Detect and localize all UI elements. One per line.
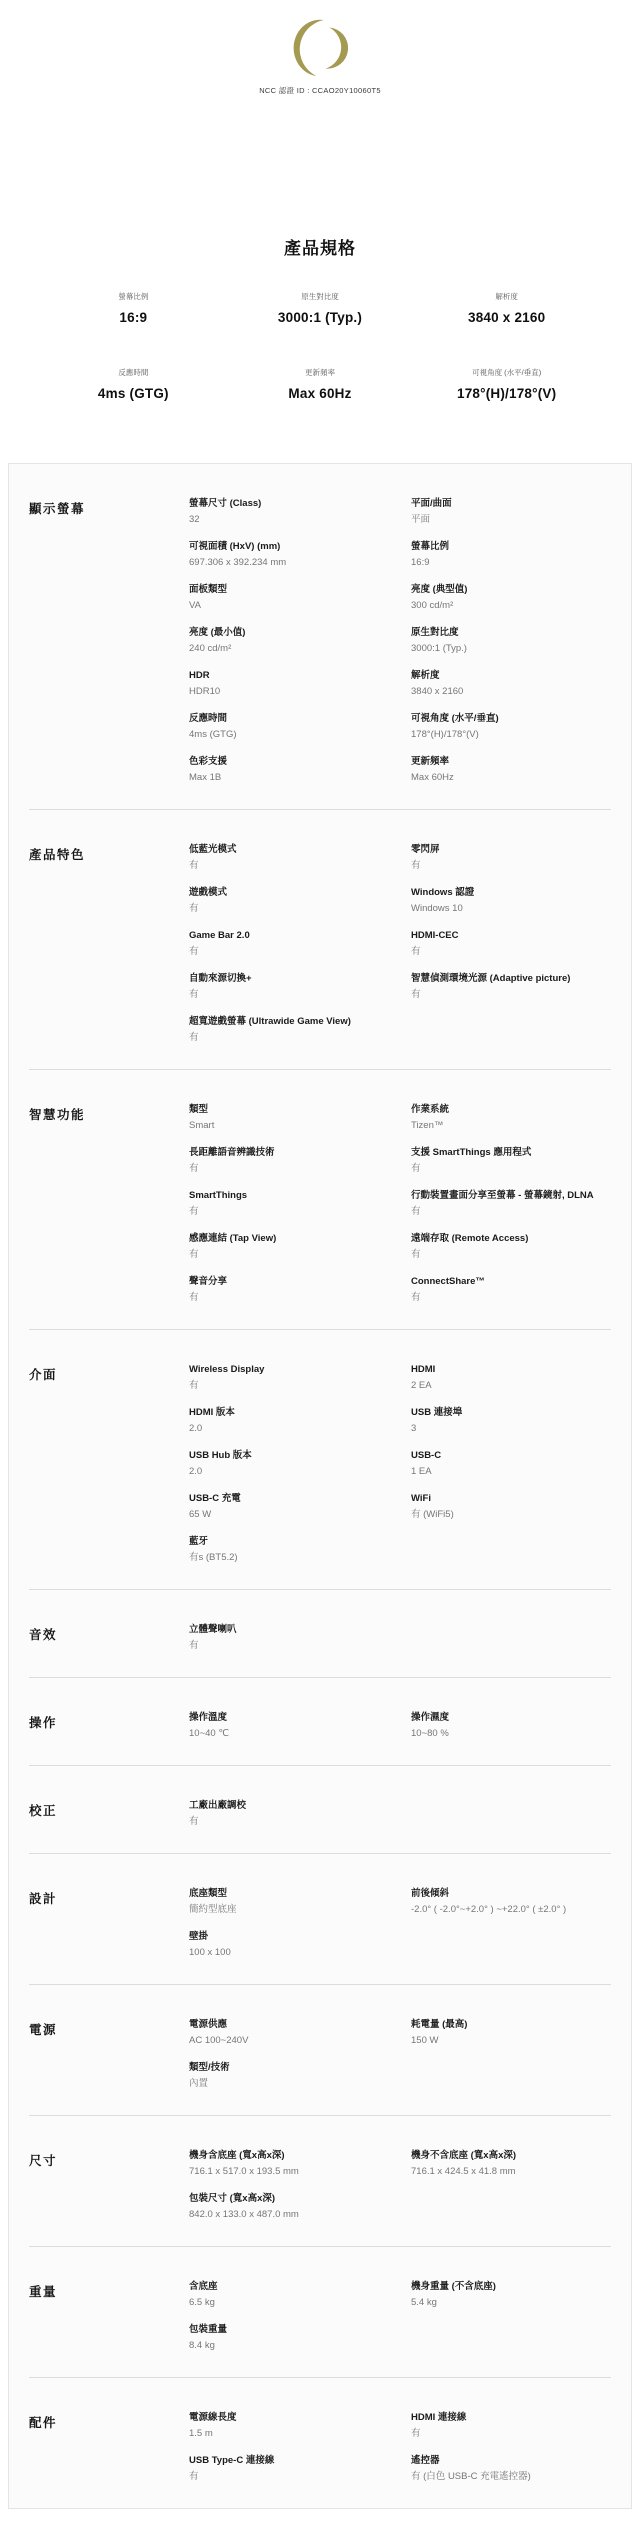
page-title: 產品規格 bbox=[0, 234, 640, 259]
spec-item-label: 遠端存取 (Remote Access) bbox=[411, 1233, 611, 1245]
spec-item-label: 低藍光模式 bbox=[189, 844, 389, 856]
spec-item-value: 10~80 % bbox=[411, 1728, 611, 1740]
spec-item-label: USB Hub 版本 bbox=[189, 1450, 389, 1462]
spec-item-label: 自動來源切換+ bbox=[189, 973, 389, 985]
highlight-value: 3000:1 (Typ.) bbox=[227, 310, 414, 325]
section-title: 校正 bbox=[29, 1800, 189, 1843]
spec-item-label: HDMI bbox=[411, 1364, 611, 1376]
spec-item-label: Windows 認證 bbox=[411, 887, 611, 899]
spec-item-label: 機身含底座 (寬x高x深) bbox=[189, 2150, 389, 2162]
spec-item-label: 原生對比度 bbox=[411, 627, 611, 639]
spec-item-label: 機身不含底座 (寬x高x深) bbox=[411, 2150, 611, 2162]
spec-item-value: 300 cd/m² bbox=[411, 600, 611, 612]
spec-item: HDMI-CEC 有 bbox=[411, 930, 611, 958]
spec-item-label: 智慧偵測環境光源 (Adaptive picture) bbox=[411, 973, 611, 985]
spec-item-label: 亮度 (最小值) bbox=[189, 627, 389, 639]
section-rows: 機身含底座 (寬x高x深) 716.1 x 517.0 x 193.5 mm 機… bbox=[189, 2150, 611, 2236]
spec-item-value: 4ms (GTG) bbox=[189, 729, 389, 741]
section-rows: 工廠出廠調校 有 bbox=[189, 1800, 611, 1843]
spec-section: 音效 立體聲喇叭 有 bbox=[29, 1589, 611, 1677]
spec-item-label: 包裝尺寸 (寬x高x深) bbox=[189, 2193, 389, 2205]
spec-item-value: 65 W bbox=[189, 1509, 389, 1521]
spec-item: Game Bar 2.0 有 bbox=[189, 930, 389, 958]
section-rows: 含底座 6.5 kg 機身重量 (不含底座) 5.4 kg 包裝重量 8.4 k… bbox=[189, 2281, 611, 2367]
spec-item: 類型/技術 內置 bbox=[189, 2062, 389, 2090]
spec-item: 壁掛 100 x 100 bbox=[189, 1931, 389, 1959]
spec-item-label: 色彩支援 bbox=[189, 756, 389, 768]
spec-item-value: 716.1 x 517.0 x 193.5 mm bbox=[189, 2166, 389, 2178]
spec-section: 智慧功能 類型 Smart 作業系統 Tizen™ 長距離語音辨識技術 有 支援… bbox=[29, 1069, 611, 1329]
spec-item-value: 16:9 bbox=[411, 557, 611, 569]
spec-item-label: 底座類型 bbox=[189, 1888, 389, 1900]
spec-item-value: AC 100~240V bbox=[189, 2035, 389, 2047]
spec-item-value: 有 bbox=[189, 1292, 389, 1304]
spec-item: 超寬遊戲螢幕 (Ultrawide Game View) 有 bbox=[189, 1016, 389, 1044]
spec-item-label: 含底座 bbox=[189, 2281, 389, 2293]
spec-item: 亮度 (最小值) 240 cd/m² bbox=[189, 627, 389, 655]
section-rows: 螢幕尺寸 (Class) 32 平面/曲面 平面 可視面積 (HxV) (mm)… bbox=[189, 498, 611, 799]
spec-item: 可視面積 (HxV) (mm) 697.306 x 392.234 mm bbox=[189, 541, 389, 569]
spec-item-value: 有s (BT5.2) bbox=[189, 1552, 389, 1564]
spec-item-value: VA bbox=[189, 600, 389, 612]
spec-item-value: 178°(H)/178°(V) bbox=[411, 729, 611, 741]
spec-item: 藍牙 有s (BT5.2) bbox=[189, 1536, 389, 1564]
spec-item: 立體聲喇叭 有 bbox=[189, 1624, 389, 1652]
spec-item-label: 前後傾斜 bbox=[411, 1888, 611, 1900]
spec-item: 遠端存取 (Remote Access) 有 bbox=[411, 1233, 611, 1261]
section-rows: 底座類型 簡約型底座 前後傾斜 -2.0° ( -2.0°~+2.0° ) ~+… bbox=[189, 1888, 611, 1974]
spec-section: 設計 底座類型 簡約型底座 前後傾斜 -2.0° ( -2.0°~+2.0° )… bbox=[29, 1853, 611, 1984]
ncc-certification-id: NCC 認證 ID : CCAO20Y10060T5 bbox=[0, 85, 640, 96]
spec-item: 低藍光模式 有 bbox=[189, 844, 389, 872]
spec-item-label: 可視角度 (水平/垂直) bbox=[411, 713, 611, 725]
spec-item-value: 有 (WiFi5) bbox=[411, 1509, 611, 1521]
spec-item-value: 有 bbox=[189, 1380, 389, 1392]
spec-item-label: 亮度 (典型值) bbox=[411, 584, 611, 596]
spec-item-value: 150 W bbox=[411, 2035, 611, 2047]
highlight-label: 解析度 bbox=[413, 291, 600, 302]
spec-item-label: ConnectShare™ bbox=[411, 1276, 611, 1288]
spec-item-label: 遙控器 bbox=[411, 2455, 611, 2467]
highlight-label: 原生對比度 bbox=[227, 291, 414, 302]
highlight-item: 螢幕比例 16:9 bbox=[40, 291, 227, 325]
spec-item-value: 有 (白色 USB-C 充電遙控器) bbox=[411, 2471, 611, 2483]
section-title: 尺寸 bbox=[29, 2150, 189, 2236]
spec-item-label: 壁掛 bbox=[189, 1931, 389, 1943]
section-title: 產品特色 bbox=[29, 844, 189, 1059]
spec-item: 聲音分享 有 bbox=[189, 1276, 389, 1304]
spec-item: 零閃屏 有 bbox=[411, 844, 611, 872]
section-title: 顯示螢幕 bbox=[29, 498, 189, 799]
spec-item: 底座類型 簡約型底座 bbox=[189, 1888, 389, 1916]
spec-item-label: 行動裝置畫面分享至螢幕 - 螢幕鏡射, DLNA bbox=[411, 1190, 611, 1202]
spec-item: 機身不含底座 (寬x高x深) 716.1 x 424.5 x 41.8 mm bbox=[411, 2150, 611, 2178]
highlight-label: 螢幕比例 bbox=[40, 291, 227, 302]
spec-item: HDMI 2 EA bbox=[411, 1364, 611, 1392]
spec-item-value: 有 bbox=[411, 2428, 611, 2440]
spec-item-label: 立體聲喇叭 bbox=[189, 1624, 389, 1636]
spec-item-value: Smart bbox=[189, 1120, 389, 1132]
spec-item-label: 聲音分享 bbox=[189, 1276, 389, 1288]
spec-item-label: HDMI 連接線 bbox=[411, 2412, 611, 2424]
spec-item-label: 感應連結 (Tap View) bbox=[189, 1233, 389, 1245]
spec-item-label: 螢幕比例 bbox=[411, 541, 611, 553]
spec-item-label: SmartThings bbox=[189, 1190, 389, 1202]
spec-item-value: 有 bbox=[189, 903, 389, 915]
spec-item: 含底座 6.5 kg bbox=[189, 2281, 389, 2309]
section-rows: 類型 Smart 作業系統 Tizen™ 長距離語音辨識技術 有 支援 Smar… bbox=[189, 1104, 611, 1319]
section-rows: 電源供應 AC 100~240V 耗電量 (最高) 150 W 類型/技術 內置 bbox=[189, 2019, 611, 2105]
spec-item-value: Windows 10 bbox=[411, 903, 611, 915]
section-rows: 立體聲喇叭 有 bbox=[189, 1624, 611, 1667]
spec-item-label: HDR bbox=[189, 670, 389, 682]
spec-item-value: 簡約型底座 bbox=[189, 1904, 389, 1916]
spec-item: 遙控器 有 (白色 USB-C 充電遙控器) bbox=[411, 2455, 611, 2483]
highlight-item: 更新頻率 Max 60Hz bbox=[227, 367, 414, 401]
spec-item-label: 電源供應 bbox=[189, 2019, 389, 2031]
section-title: 操作 bbox=[29, 1712, 189, 1755]
spec-item-value: 716.1 x 424.5 x 41.8 mm bbox=[411, 2166, 611, 2178]
spec-item-value: 有 bbox=[189, 860, 389, 872]
highlight-label: 反應時間 bbox=[40, 367, 227, 378]
highlight-value: 4ms (GTG) bbox=[40, 386, 227, 401]
spec-item-value: 有 bbox=[189, 1163, 389, 1175]
spec-item-value: 240 cd/m² bbox=[189, 643, 389, 655]
spec-item: 包裝重量 8.4 kg bbox=[189, 2324, 389, 2352]
spec-item-value: 平面 bbox=[411, 514, 611, 526]
spec-item: 反應時間 4ms (GTG) bbox=[189, 713, 389, 741]
spec-item-label: 類型/技術 bbox=[189, 2062, 389, 2074]
spec-item-value: 697.306 x 392.234 mm bbox=[189, 557, 389, 569]
highlight-item: 反應時間 4ms (GTG) bbox=[40, 367, 227, 401]
spec-item-value: 有 bbox=[189, 1206, 389, 1218]
spec-page: NCC 認證 ID : CCAO20Y10060T5 產品規格 螢幕比例 16:… bbox=[0, 0, 640, 2509]
spec-section: 操作 操作溫度 10~40 ℃ 操作濕度 10~80 % bbox=[29, 1677, 611, 1765]
section-rows: Wireless Display 有 HDMI 2 EA HDMI 版本 2.0… bbox=[189, 1364, 611, 1579]
spec-item: USB Type-C 連接線 有 bbox=[189, 2455, 389, 2483]
spec-item-label: USB-C 充電 bbox=[189, 1493, 389, 1505]
spec-item: USB Hub 版本 2.0 bbox=[189, 1450, 389, 1478]
spec-item-value: 3840 x 2160 bbox=[411, 686, 611, 698]
spec-item: 遊戲模式 有 bbox=[189, 887, 389, 915]
spec-item-label: USB-C bbox=[411, 1450, 611, 1462]
spec-item: WiFi 有 (WiFi5) bbox=[411, 1493, 611, 1521]
spec-item: 機身含底座 (寬x高x深) 716.1 x 517.0 x 193.5 mm bbox=[189, 2150, 389, 2178]
spec-item-label: 類型 bbox=[189, 1104, 389, 1116]
spec-item-label: WiFi bbox=[411, 1493, 611, 1505]
spec-item-label: 反應時間 bbox=[189, 713, 389, 725]
spec-item-value: 6.5 kg bbox=[189, 2297, 389, 2309]
spec-item: 類型 Smart bbox=[189, 1104, 389, 1132]
spec-item-label: HDMI-CEC bbox=[411, 930, 611, 942]
spec-item-value: HDR10 bbox=[189, 686, 389, 698]
spec-item-value: 有 bbox=[411, 1163, 611, 1175]
spec-item-label: Game Bar 2.0 bbox=[189, 930, 389, 942]
spec-item: USB 連接埠 3 bbox=[411, 1407, 611, 1435]
spec-item-label: 零閃屏 bbox=[411, 844, 611, 856]
highlight-item: 可視角度 (水平/垂直) 178°(H)/178°(V) bbox=[413, 367, 600, 401]
spec-item-value: 有 bbox=[411, 860, 611, 872]
highlight-item: 解析度 3840 x 2160 bbox=[413, 291, 600, 325]
spec-item-label: 操作溫度 bbox=[189, 1712, 389, 1724]
spec-item: HDR HDR10 bbox=[189, 670, 389, 698]
spec-item: ConnectShare™ 有 bbox=[411, 1276, 611, 1304]
spec-item: 長距離語音辨識技術 有 bbox=[189, 1147, 389, 1175]
spec-section: 校正 工廠出廠調校 有 bbox=[29, 1765, 611, 1853]
spec-item-value: 有 bbox=[411, 1249, 611, 1261]
spec-item-value: 內置 bbox=[189, 2078, 389, 2090]
spec-item-label: 藍牙 bbox=[189, 1536, 389, 1548]
spec-item-value: 32 bbox=[189, 514, 389, 526]
spec-item: HDMI 連接線 有 bbox=[411, 2412, 611, 2440]
spec-item-label: HDMI 版本 bbox=[189, 1407, 389, 1419]
spec-item: 作業系統 Tizen™ bbox=[411, 1104, 611, 1132]
spec-item-label: 包裝重量 bbox=[189, 2324, 389, 2336]
spec-item-label: 超寬遊戲螢幕 (Ultrawide Game View) bbox=[189, 1016, 389, 1028]
spec-item: 操作濕度 10~80 % bbox=[411, 1712, 611, 1740]
spec-item-value: 有 bbox=[411, 989, 611, 1001]
spec-item-label: 遊戲模式 bbox=[189, 887, 389, 899]
spec-item-label: 支援 SmartThings 應用程式 bbox=[411, 1147, 611, 1159]
section-rows: 低藍光模式 有 零閃屏 有 遊戲模式 有 Windows 認證 Windows … bbox=[189, 844, 611, 1059]
highlight-value: 178°(H)/178°(V) bbox=[413, 386, 600, 401]
highlight-value: Max 60Hz bbox=[227, 386, 414, 401]
spec-item-value: 8.4 kg bbox=[189, 2340, 389, 2352]
spec-item-value: 10~40 ℃ bbox=[189, 1728, 389, 1740]
spec-item-label: Wireless Display bbox=[189, 1364, 389, 1376]
spec-section: 配件 電源線長度 1.5 m HDMI 連接線 有 USB Type-C 連接線… bbox=[29, 2377, 611, 2508]
spec-item-label: 電源線長度 bbox=[189, 2412, 389, 2424]
spec-item: 色彩支援 Max 1B bbox=[189, 756, 389, 784]
spec-item: 操作溫度 10~40 ℃ bbox=[189, 1712, 389, 1740]
spec-item-label: 機身重量 (不含底座) bbox=[411, 2281, 611, 2293]
section-title: 重量 bbox=[29, 2281, 189, 2367]
spec-item: 自動來源切換+ 有 bbox=[189, 973, 389, 1001]
section-title: 設計 bbox=[29, 1888, 189, 1974]
spec-item-value: 1.5 m bbox=[189, 2428, 389, 2440]
spec-item-value: 2 EA bbox=[411, 1380, 611, 1392]
spec-item-value: 2.0 bbox=[189, 1423, 389, 1435]
spec-item: 前後傾斜 -2.0° ( -2.0°~+2.0° ) ~+22.0° ( ±2.… bbox=[411, 1888, 611, 1916]
spec-item: 智慧偵測環境光源 (Adaptive picture) 有 bbox=[411, 973, 611, 1001]
spec-item: 電源供應 AC 100~240V bbox=[189, 2019, 389, 2047]
spec-item-value: 100 x 100 bbox=[189, 1947, 389, 1959]
spec-table: 顯示螢幕 螢幕尺寸 (Class) 32 平面/曲面 平面 可視面積 (HxV)… bbox=[8, 463, 632, 2509]
spec-item: 機身重量 (不含底座) 5.4 kg bbox=[411, 2281, 611, 2309]
spec-item-value: 有 bbox=[189, 1816, 389, 1828]
spec-section: 介面 Wireless Display 有 HDMI 2 EA HDMI 版本 … bbox=[29, 1329, 611, 1589]
spec-item-label: USB Type-C 連接線 bbox=[189, 2455, 389, 2467]
spec-item-value: 有 bbox=[411, 1206, 611, 1218]
spec-item-value: 3 bbox=[411, 1423, 611, 1435]
spec-item-value: 有 bbox=[189, 1640, 389, 1652]
highlight-label: 更新頻率 bbox=[227, 367, 414, 378]
spec-item: 更新頻率 Max 60Hz bbox=[411, 756, 611, 784]
spec-item-label: 操作濕度 bbox=[411, 1712, 611, 1724]
spec-item-label: 可視面積 (HxV) (mm) bbox=[189, 541, 389, 553]
spec-item-value: 有 bbox=[411, 1292, 611, 1304]
spec-item: Windows 認證 Windows 10 bbox=[411, 887, 611, 915]
spec-section: 顯示螢幕 螢幕尺寸 (Class) 32 平面/曲面 平面 可視面積 (HxV)… bbox=[29, 464, 611, 809]
spec-item: Wireless Display 有 bbox=[189, 1364, 389, 1392]
spec-item: 平面/曲面 平面 bbox=[411, 498, 611, 526]
spec-item: 行動裝置畫面分享至螢幕 - 螢幕鏡射, DLNA 有 bbox=[411, 1190, 611, 1218]
spec-item: 電源線長度 1.5 m bbox=[189, 2412, 389, 2440]
spec-item-label: 解析度 bbox=[411, 670, 611, 682]
spec-item-label: 工廠出廠調校 bbox=[189, 1800, 389, 1812]
spec-item: 原生對比度 3000:1 (Typ.) bbox=[411, 627, 611, 655]
section-title: 配件 bbox=[29, 2412, 189, 2498]
spec-item: 耗電量 (最高) 150 W bbox=[411, 2019, 611, 2047]
spec-item: 螢幕比例 16:9 bbox=[411, 541, 611, 569]
spec-item: HDMI 版本 2.0 bbox=[189, 1407, 389, 1435]
highlight-value: 3840 x 2160 bbox=[413, 310, 600, 325]
spec-item-label: 長距離語音辨識技術 bbox=[189, 1147, 389, 1159]
spec-highlights: 螢幕比例 16:9 原生對比度 3000:1 (Typ.) 解析度 3840 x… bbox=[40, 291, 600, 401]
spec-section: 電源 電源供應 AC 100~240V 耗電量 (最高) 150 W 類型/技術… bbox=[29, 1984, 611, 2115]
section-title: 智慧功能 bbox=[29, 1104, 189, 1319]
spec-item-value: 3000:1 (Typ.) bbox=[411, 643, 611, 655]
spec-item-value: 有 bbox=[411, 946, 611, 958]
spec-section: 尺寸 機身含底座 (寬x高x深) 716.1 x 517.0 x 193.5 m… bbox=[29, 2115, 611, 2246]
spec-item-label: 耗電量 (最高) bbox=[411, 2019, 611, 2031]
spec-item-value: 有 bbox=[189, 946, 389, 958]
ncc-logo-icon bbox=[292, 18, 348, 78]
spec-item: 感應連結 (Tap View) 有 bbox=[189, 1233, 389, 1261]
spec-item: 可視角度 (水平/垂直) 178°(H)/178°(V) bbox=[411, 713, 611, 741]
section-title: 介面 bbox=[29, 1364, 189, 1579]
spec-section: 產品特色 低藍光模式 有 零閃屏 有 遊戲模式 有 Windows 認證 Win… bbox=[29, 809, 611, 1069]
spec-item-value: Max 1B bbox=[189, 772, 389, 784]
spec-item-value: Tizen™ bbox=[411, 1120, 611, 1132]
spec-item: USB-C 充電 65 W bbox=[189, 1493, 389, 1521]
spec-item-label: 螢幕尺寸 (Class) bbox=[189, 498, 389, 510]
spec-item-value: Max 60Hz bbox=[411, 772, 611, 784]
spec-item-value: 有 bbox=[189, 989, 389, 1001]
spec-item-value: 1 EA bbox=[411, 1466, 611, 1478]
spec-item-label: 更新頻率 bbox=[411, 756, 611, 768]
ncc-header: NCC 認證 ID : CCAO20Y10060T5 bbox=[0, 0, 640, 96]
spec-item-value: 5.4 kg bbox=[411, 2297, 611, 2309]
spec-item: 支援 SmartThings 應用程式 有 bbox=[411, 1147, 611, 1175]
spec-item: USB-C 1 EA bbox=[411, 1450, 611, 1478]
highlight-label: 可視角度 (水平/垂直) bbox=[413, 367, 600, 378]
spec-item: 解析度 3840 x 2160 bbox=[411, 670, 611, 698]
spec-item: 工廠出廠調校 有 bbox=[189, 1800, 389, 1828]
section-rows: 電源線長度 1.5 m HDMI 連接線 有 USB Type-C 連接線 有 … bbox=[189, 2412, 611, 2498]
spec-section: 重量 含底座 6.5 kg 機身重量 (不含底座) 5.4 kg 包裝重量 8.… bbox=[29, 2246, 611, 2377]
spec-item-value: 有 bbox=[189, 1249, 389, 1261]
spec-item: 螢幕尺寸 (Class) 32 bbox=[189, 498, 389, 526]
spec-item: SmartThings 有 bbox=[189, 1190, 389, 1218]
spec-item: 亮度 (典型值) 300 cd/m² bbox=[411, 584, 611, 612]
highlight-value: 16:9 bbox=[40, 310, 227, 325]
spec-item-label: 作業系統 bbox=[411, 1104, 611, 1116]
spec-item-label: USB 連接埠 bbox=[411, 1407, 611, 1419]
spec-item: 包裝尺寸 (寬x高x深) 842.0 x 133.0 x 487.0 mm bbox=[189, 2193, 389, 2221]
spec-item-value: 有 bbox=[189, 2471, 389, 2483]
spec-item-label: 面板類型 bbox=[189, 584, 389, 596]
spec-item: 面板類型 VA bbox=[189, 584, 389, 612]
highlight-item: 原生對比度 3000:1 (Typ.) bbox=[227, 291, 414, 325]
section-rows: 操作溫度 10~40 ℃ 操作濕度 10~80 % bbox=[189, 1712, 611, 1755]
spec-item-value: 有 bbox=[189, 1032, 389, 1044]
section-title: 電源 bbox=[29, 2019, 189, 2105]
spec-item-value: -2.0° ( -2.0°~+2.0° ) ~+22.0° ( ±2.0° ) bbox=[411, 1904, 611, 1916]
spec-item-value: 2.0 bbox=[189, 1466, 389, 1478]
spec-item-value: 842.0 x 133.0 x 487.0 mm bbox=[189, 2209, 389, 2221]
section-title: 音效 bbox=[29, 1624, 189, 1667]
spec-item-label: 平面/曲面 bbox=[411, 498, 611, 510]
